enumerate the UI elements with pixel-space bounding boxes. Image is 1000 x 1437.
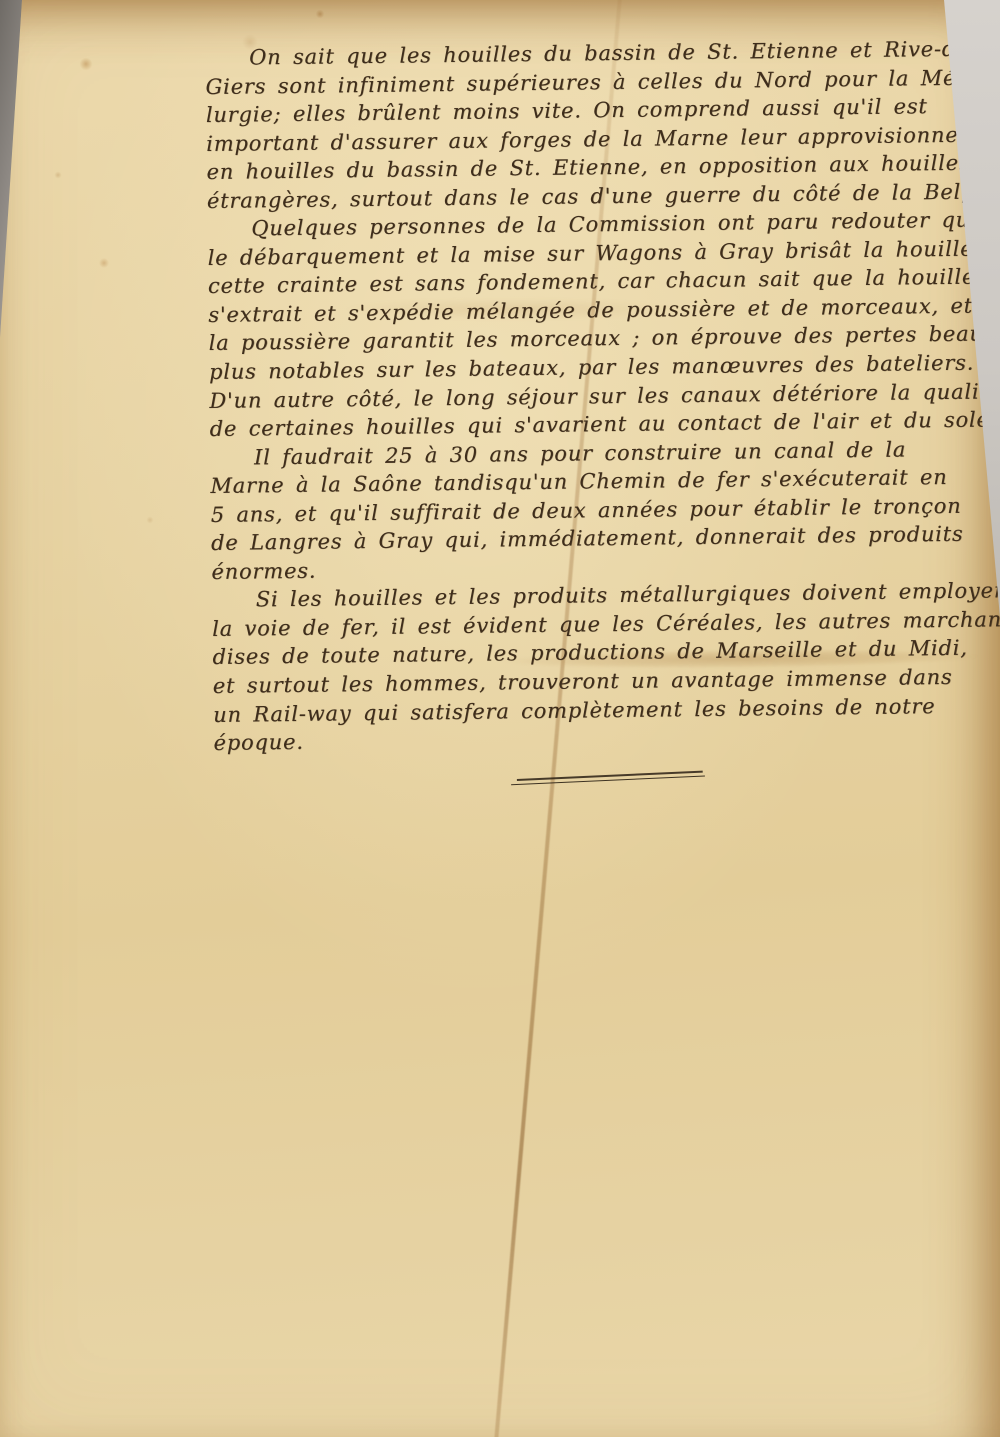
- manuscript-page: On sait que les houilles du bassin de St…: [0, 0, 1000, 1437]
- closing-double-rule: [517, 771, 703, 786]
- paragraph: Si les houilles et les produits métallur…: [212, 577, 984, 758]
- paragraph: On sait que les houilles du bassin de St…: [205, 35, 977, 216]
- manuscript-text: On sait que les houilles du bassin de St…: [205, 35, 984, 758]
- paragraph: Quelques personnes de la Commission ont …: [207, 206, 980, 444]
- photo-of-document: On sait que les houilles du bassin de St…: [0, 0, 1000, 1437]
- paragraph: Il faudrait 25 à 30 ans pour construire …: [210, 434, 982, 586]
